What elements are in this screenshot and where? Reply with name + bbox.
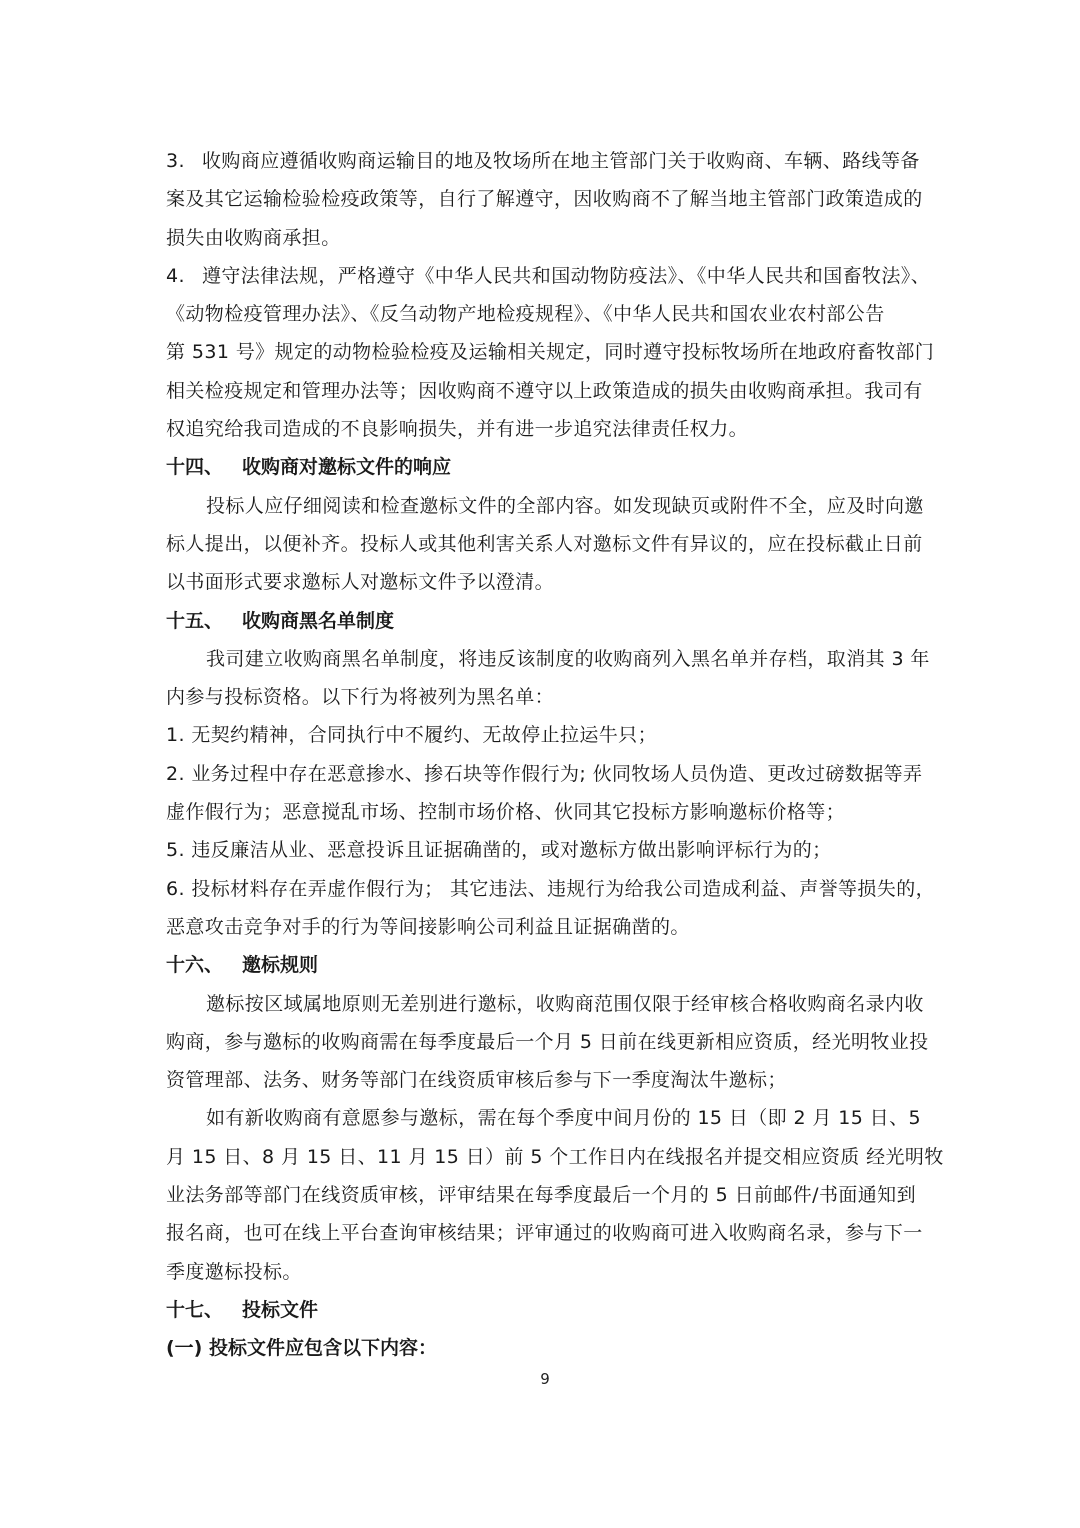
text-line: 标人提出，以便补齐。投标人或其他利害关系人对邀标文件有异议的，应在投标截止日前: [166, 525, 916, 563]
item-number: 3.: [166, 142, 202, 180]
text-line: 第 531 号》规定的动物检验检疫及运输相关规定，同时遵守投标牧场所在地政府畜牧…: [166, 333, 916, 371]
section-heading-16: 十六、邀标规则: [166, 946, 916, 984]
text-line: 报名商，也可在线上平台查询审核结果；评审通过的收购商可进入收购商名录，参与下一: [166, 1214, 916, 1252]
section-number: 十七、: [166, 1291, 242, 1329]
section-16-paragraph-2: 如有新收购商有意愿参与邀标，需在每个季度中间月份的 15 日（即 2 月 15 …: [166, 1099, 916, 1290]
page-number: 9: [0, 1370, 1080, 1388]
section-heading-17: 十七、投标文件: [166, 1291, 916, 1329]
text-line: 恶意攻击竞争对手的行为等间接影响公司利益且证据确凿的。: [166, 908, 916, 946]
document-page: 3.收购商应遵循收购商运输目的地及牧场所在地主管部门关于收购商、车辆、路线等备 …: [166, 142, 916, 1368]
section-15-paragraph: 我司建立收购商黑名单制度，将违反该制度的收购商列入黑名单并存档，取消其 3 年 …: [166, 640, 916, 717]
section-title: 收购商对邀标文件的响应: [242, 456, 451, 478]
text-line: 季度邀标投标。: [166, 1253, 916, 1291]
text-line: 购商，参与邀标的收购商需在每季度最后一个月 5 日前在线更新相应资质，经光明牧业…: [166, 1023, 916, 1061]
section-heading-14: 十四、收购商对邀标文件的响应: [166, 448, 916, 486]
text-line: 权追究给我司造成的不良影响损失，并有进一步追究法律责任权力。: [166, 410, 916, 448]
text-line: 遵守法律法规，严格遵守《中华人民共和国动物防疫法》、《中华人民共和国畜牧法》、: [202, 265, 930, 287]
blacklist-item-5: 5. 违反廉洁从业、恶意投诉且证据确凿的，或对邀标方做出影响评标行为的；: [166, 831, 916, 869]
section-16-paragraph-1: 邀标按区域属地原则无差别进行邀标，收购商范围仅限于经审核合格收购商名录内收 购商…: [166, 985, 916, 1100]
text-line: 资管理部、法务、财务等部门在线资质审核后参与下一季度淘汰牛邀标；: [166, 1061, 916, 1099]
subheading: (一) 投标文件应包含以下内容：: [166, 1329, 916, 1367]
item-number: 4.: [166, 257, 202, 295]
text-line: 业法务部等部门在线资质审核，评审结果在每季度最后一个月的 5 日前邮件/书面通知…: [166, 1176, 916, 1214]
section-number: 十六、: [166, 946, 242, 984]
text-line: 虚作假行为；恶意搅乱市场、控制市场价格、伙同其它投标方影响邀标价格等；: [166, 793, 916, 831]
text-line: 内参与投标资格。以下行为将被列为黑名单：: [166, 678, 916, 716]
text-line: 我司建立收购商黑名单制度，将违反该制度的收购商列入黑名单并存档，取消其 3 年: [166, 640, 916, 678]
section-title: 收购商黑名单制度: [242, 610, 394, 632]
clause-item-3: 3.收购商应遵循收购商运输目的地及牧场所在地主管部门关于收购商、车辆、路线等备 …: [166, 142, 916, 257]
blacklist-item-2: 2. 业务过程中存在恶意掺水、掺石块等作假行为; 伙同牧场人员伪造、更改过磅数据…: [166, 755, 916, 793]
section-number: 十四、: [166, 448, 242, 486]
section-heading-15: 十五、收购商黑名单制度: [166, 602, 916, 640]
section-14-paragraph: 投标人应仔细阅读和检查邀标文件的全部内容。如发现缺页或附件不全，应及时向邀 标人…: [166, 487, 916, 602]
section-number: 十五、: [166, 602, 242, 640]
text-line: 相关检疫规定和管理办法等；因收购商不遵守以上政策造成的损失由收购商承担。我司有: [166, 372, 916, 410]
blacklist-items: 1. 无契约精神，合同执行中不履约、无故停止拉运牛只； 2. 业务过程中存在恶意…: [166, 716, 916, 946]
text-line: 以书面形式要求邀标人对邀标文件予以澄清。: [166, 563, 916, 601]
blacklist-item-6: 6. 投标材料存在弄虚作假行为； 其它违法、违规行为给我公司造成利益、声誉等损失…: [166, 870, 916, 908]
text-line: 如有新收购商有意愿参与邀标，需在每个季度中间月份的 15 日（即 2 月 15 …: [166, 1099, 916, 1137]
section-title: 邀标规则: [242, 954, 318, 976]
clause-item-4: 4.遵守法律法规，严格遵守《中华人民共和国动物防疫法》、《中华人民共和国畜牧法》…: [166, 257, 916, 448]
text-line: 邀标按区域属地原则无差别进行邀标，收购商范围仅限于经审核合格收购商名录内收: [166, 985, 916, 1023]
section-title: 投标文件: [242, 1299, 318, 1321]
text-line: 案及其它运输检验检疫政策等，自行了解遵守，因收购商不了解当地主管部门政策造成的: [166, 180, 916, 218]
text-line: 收购商应遵循收购商运输目的地及牧场所在地主管部门关于收购商、车辆、路线等备: [202, 150, 920, 172]
text-line: 损失由收购商承担。: [166, 219, 916, 257]
blacklist-item-1: 1. 无契约精神，合同执行中不履约、无故停止拉运牛只；: [166, 716, 916, 754]
text-line: 月 15 日、8 月 15 日、11 月 15 日）前 5 个工作日内在线报名并…: [166, 1138, 916, 1176]
text-line: 投标人应仔细阅读和检查邀标文件的全部内容。如发现缺页或附件不全，应及时向邀: [166, 487, 916, 525]
text-line: 《动物检疫管理办法》、《反刍动物产地检疫规程》、《中华人民共和国农业农村部公告: [166, 295, 916, 333]
